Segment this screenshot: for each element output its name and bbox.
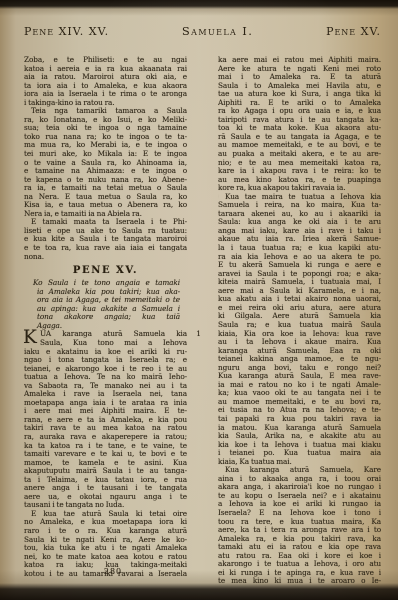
text-line: ra ko Agaga i opu ora uaia e ia, e kua bbox=[218, 107, 381, 116]
text-line: tamaki atu ei ia ratou e kia ope rava bbox=[218, 543, 381, 552]
text-line: Zoba, e te Philiseti: e te au ngai bbox=[24, 56, 187, 65]
text-line: Aere ke atura te ngati Keni mei roto bbox=[218, 65, 381, 74]
chapter-summary-line: tona akakore angaia; kua taiā bbox=[24, 313, 187, 322]
text-line: kia Saula, Arika na, e akakite atu au bbox=[218, 432, 381, 441]
text-line: kia koe i ta Iehova i tuatua mai kiaku bbox=[218, 441, 381, 450]
text-line: kiaia, Ka tuatua mai. bbox=[218, 458, 381, 467]
text-line: ka ta katoa ra i te tane, e te vaine, te bbox=[24, 442, 187, 451]
left-column: Zoba, e te Philiseti: e te au ngaikatoa … bbox=[24, 56, 187, 592]
text-line: toou ra tere, e kua tuatua maira, Ka bbox=[218, 518, 381, 527]
text-line: nei, ko te mate katoa aea kotou e ratou bbox=[24, 553, 187, 562]
text-line: toa ki te mata koke. Kua akaora atu-9 bbox=[218, 124, 381, 133]
chapter-summary-line: Ko Saula i te tono angaia e tamaki bbox=[24, 279, 187, 288]
text-line: ra aia kia Iehova e ao ua akera te po. bbox=[218, 253, 381, 262]
text-line: ngao i tona tangata ia Iseraela ra; e bbox=[24, 356, 187, 365]
text-line: mamoe, te kamela e te asini. Kua4 bbox=[24, 459, 187, 468]
text-line: moetapapa anga iaia i te arataa ra inia bbox=[24, 399, 187, 408]
text-line: aia ia ratou. Maroiroi atura oki aia, e4… bbox=[24, 73, 187, 82]
text-line: Teia nga tamariki tamaroa a Saula49 bbox=[24, 107, 187, 116]
text-line: ka; kua vaoo oki te au tangata nei i te bbox=[218, 389, 381, 398]
text-line: Nera ia, e tamaiti ia na Abiela ra. bbox=[24, 210, 187, 219]
text-line: raro i te o ra. Kua karanga aturā6 bbox=[24, 527, 187, 536]
text-line: ki Gilgala. Aere aturā Samuela kia13 bbox=[218, 312, 381, 321]
text-line: au puaka a meitaki akera, e te au are- bbox=[218, 150, 381, 159]
text-line: katoa i aereia e ia ra kua akaanata rai bbox=[24, 65, 187, 74]
text-line: kare ia i akapou rava i te reira: ko te bbox=[218, 167, 381, 176]
text-line: kiaia, Kia ora koe ia Iehova: kua rave bbox=[218, 330, 381, 339]
text-line: karanga aturā Samuela, Eaa ra oki bbox=[218, 347, 381, 356]
text-line: i aere mai mei Aiphiti maira. E te-3 bbox=[24, 407, 187, 416]
text-line: au mea kino katoa ra, e te puapinga bbox=[218, 176, 381, 185]
text-line: ra ia, e tamaiti na tetai metua o Saula bbox=[24, 184, 187, 193]
text-line: iaku e akatainu ia koe ei ariki ki ru- bbox=[24, 348, 187, 357]
text-line: ia mai e ratou no ko i te ngati Amale- bbox=[218, 381, 381, 390]
text-line: te kapena o te nuku nana ra, ko Abene- bbox=[24, 176, 187, 185]
text-line: rana, e aere e ta ia Amaleka, e kia pou bbox=[24, 416, 187, 425]
book-page-scan: Pene XIV. XV. Samuela I. Pene XV. Zoba, … bbox=[0, 0, 398, 600]
text-line: Kisa ia, e taua metua o Abenera ra, ko bbox=[24, 201, 187, 210]
text-line: E tu akerā Samuela ki runga e aere e12 bbox=[218, 261, 381, 270]
text-line: tei muri ake, ko Mikala ia: E te ingoa50 bbox=[24, 150, 187, 159]
text-line: akaputuputu mairā Saula i te au tanga- bbox=[24, 467, 187, 476]
text-line: nona. bbox=[24, 253, 187, 262]
text-line: au mamoe memeitaki, e te au bovi, e te bbox=[218, 141, 381, 150]
text-line: teianei, e akarongo koe i te reo i te au bbox=[24, 365, 187, 374]
text-line: no Amaleka, e kua moetapapa iora ki bbox=[24, 518, 187, 527]
text-line: kua akatu aia i tetai akairo nona uaorai… bbox=[218, 295, 381, 304]
text-line: akarongo i te tuatua a Iehova, i oro atu bbox=[218, 560, 381, 569]
text-line: e mei reira oki ariu atura, aere atura bbox=[218, 304, 381, 313]
text-line: va Sabaota ra, Te manako nei au i ta bbox=[24, 382, 187, 391]
chapter-summary-line: ia Amaleka kia pou takiri; kua aka- bbox=[24, 288, 187, 297]
text-line: tae ua atura koe ki Sura, i anga tika ki bbox=[218, 90, 381, 99]
text-line: liseti e ope ua ake to Saula ra tuatau: bbox=[24, 227, 187, 236]
text-line: tausani i te tangata no Iuda. bbox=[24, 501, 187, 510]
text-line: nio; e te au mea memeitaki katoa ra, bbox=[218, 159, 381, 168]
text-line: aina i to akaaka anga ra, i toou orai bbox=[218, 475, 381, 484]
running-header-title: Samuela I. bbox=[182, 24, 253, 38]
text-line: Saula ra; e kua tuatua mairā Saula bbox=[218, 321, 381, 330]
text-line: Kua karanga aturā Saula, E mea rave-15 bbox=[218, 372, 381, 381]
text-line: e kua kite a Saula i te tangata maroiroi bbox=[24, 235, 187, 244]
running-header: Pene XIV. XV. Samuela I. Pene XV. bbox=[24, 24, 381, 38]
text-line: Amaleka ra, e kia pou takiri rava, ka bbox=[218, 535, 381, 544]
text-line: kiteia mairā Samuela, i tuatuaia mai, I bbox=[218, 278, 381, 287]
text-line: iora aia ia Iseraela i te rima o te aron… bbox=[24, 90, 187, 99]
text-line: ei tusia na to Atua ra na Iehova; e te- bbox=[218, 406, 381, 415]
text-line: nguru anga bovi, taku e rongo nei? bbox=[218, 364, 381, 373]
text-line: Saula, Kua tono mai a Iehova bbox=[24, 339, 187, 348]
text-line: la i taua tuatua ra; e kua kapiki atu- bbox=[218, 244, 381, 253]
text-line: au mamoe memeitaki, e te au bovi ra, bbox=[218, 398, 381, 407]
text-line: rā Saula e te au tangata ia Agaga, e te bbox=[218, 133, 381, 142]
chapter-summary-line: au apinga: kua akakite a Samuela i bbox=[24, 305, 187, 314]
text-line: Kua karanga aturā Samuela, Kare17 bbox=[218, 466, 381, 475]
text-line: e te toa ra, kua rave aia iaia ei tangat… bbox=[24, 244, 187, 253]
text-line: aere mai a Saula ki Karamela, e i na, bbox=[218, 287, 381, 296]
running-header-left: Pene XIV. XV. bbox=[24, 25, 109, 38]
text-line: ra, ko Ionatana, e ko Isui, e ko Meliki- bbox=[24, 116, 187, 125]
text-line: ia matou. Kua karanga aturā Samuela16 bbox=[218, 424, 381, 433]
text-line: Samuela i reira, na ko maira, Kua ta-11 bbox=[218, 201, 381, 210]
text-line: e tamaine na Ahimaaza: e te ingoa o bbox=[24, 167, 187, 176]
text-line: mai i to Amaleka ra. E ta aturā7 bbox=[218, 73, 381, 82]
text-line: te mea kino ki mua i te aroaro o Ie- bbox=[218, 577, 381, 586]
chapter-heading: PENE XV. bbox=[24, 265, 187, 277]
text-line: ta iora aia i to Amaleka, e kua akaora bbox=[24, 82, 187, 91]
text-line: ei ki runga i te apinga ra, e kua rave i bbox=[218, 569, 381, 578]
text-line: anga mai iaku, kare aia i rave i taku i bbox=[218, 227, 381, 236]
text-line: toko rua nana ra; ko te ingoa o te ta- bbox=[24, 133, 187, 142]
text-line: E tamaki maata ta Iseraela i te Phi-52 bbox=[24, 218, 187, 227]
text-line: ma mua ra, ko Merabi ia, e te ingoa o bbox=[24, 141, 187, 150]
right-column: ka aere mai ei ratou mei Aiphiti maira.A… bbox=[218, 56, 381, 592]
text-line: ka aere mai ei ratou mei Aiphiti maira. bbox=[218, 56, 381, 65]
text-line: kore ra, kua akapou takiri ravaia ia. bbox=[218, 184, 381, 193]
text-line: i takinga-kino ia ratou ra. bbox=[24, 99, 187, 108]
text-line: aravei ia Saula i te popongi roa; e aka- bbox=[218, 270, 381, 279]
text-line: aere ua, e okotai ngauru anga i te bbox=[24, 493, 187, 502]
text-line: akaue atu iaia ra. Iriea akerā Samue- bbox=[218, 235, 381, 244]
text-line: na Nera. E taua metua o Saula ra, ko51 bbox=[24, 193, 187, 202]
text-line: Kua tae maira te tuatua a Iehova kia10 bbox=[218, 193, 381, 202]
text-line: taraara akenei au, ko au i akaariki ia bbox=[218, 210, 381, 219]
verse-number: 1 bbox=[188, 330, 201, 339]
text-line: o te vaine a Saula ra, ko Ahinoama ia, bbox=[24, 159, 187, 168]
page-number: 280 bbox=[83, 567, 143, 576]
text-line: teianei kakina anga mamoe, e te ngu- bbox=[218, 355, 381, 364]
text-line: tai papaki ra kua pou takiri rava ia bbox=[218, 415, 381, 424]
text-line: tou, kia tuka ke atu i te ngati Amaleka bbox=[24, 544, 187, 553]
text-line: tairipoti rava atura i te au tangata ka- bbox=[218, 116, 381, 125]
text-line: Amaleka i rave ia Iseraela nei, tana bbox=[24, 390, 187, 399]
text-line: akara anga, i akariroia'i koe no rungao … bbox=[218, 483, 381, 492]
text-line: ra, auraka rava e akaperepere ia ratou; bbox=[24, 433, 187, 442]
chapter-summary-line: ora aia ia Agaga, e tei memeitaki o te bbox=[24, 296, 187, 305]
text-line: aere, ka ta i tera ra aronga rave ara i … bbox=[218, 526, 381, 535]
text-line: tamaiti varevare e te kai u, te bovi e t… bbox=[24, 450, 187, 459]
text-line: Iseraela? E na Iehova koe i tono i18 bbox=[218, 509, 381, 518]
text-line: tuatua a Iehova. Te na ko mairā Ieho-2 bbox=[24, 373, 187, 382]
text-line: te au kopu o Iseraela nei? e i akatainu bbox=[218, 492, 381, 501]
text-line: a Iehova ia koe ei ariki ki rungao ia bbox=[218, 500, 381, 509]
text-line: i teianei po. Kua tuatua maira aia bbox=[218, 449, 381, 458]
text-line: takiri rava te au mea katoa na ratou bbox=[24, 424, 187, 433]
text-area: Zoba, e te Philiseti: e te au ngaikatoa … bbox=[24, 56, 381, 592]
text-line: Aiphiti ra. E te ariki o to Amaleka8 bbox=[218, 99, 381, 108]
text-line: KUA karanga aturā Samuela kia1 bbox=[24, 330, 187, 339]
text-line: Saula: kua anga ke oki aia i te aru bbox=[218, 218, 381, 227]
text-line: anere anga i te tausani i te tangata bbox=[24, 484, 187, 493]
text-line: Saula ki te ngati Keni ra, Aere ke ko- bbox=[24, 536, 187, 545]
text-line: atu ratou ra. Eaa oki i kore ei koe i19 bbox=[218, 552, 381, 561]
text-line: E kua tae aturā Saula ki tetai oire5 bbox=[24, 510, 187, 519]
running-header-right: Pene XV. bbox=[326, 25, 381, 38]
text-line: ta i Telaima, e kua tatau iora, e rua bbox=[24, 476, 187, 485]
text-line: Saula i to Amaleka mei Havila atu, e bbox=[218, 82, 381, 91]
text-line: au i ta Iehova i akaue maira. Kua14 bbox=[218, 338, 381, 347]
text-line: sua; teia oki te ingoa o nga tamaine bbox=[24, 124, 187, 133]
